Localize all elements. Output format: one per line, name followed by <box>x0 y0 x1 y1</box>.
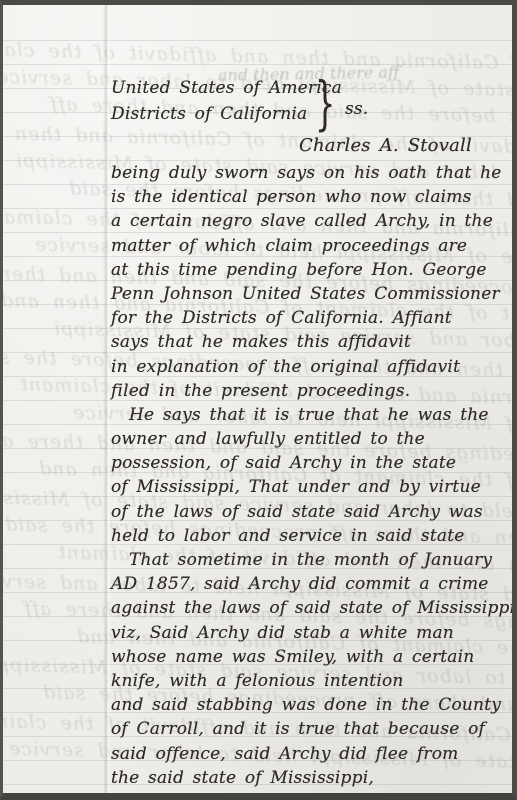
scanned-page: and then and there aff of California and… <box>0 0 517 800</box>
manuscript-line: viz, Said Archy did stab a white man <box>111 621 513 645</box>
manuscript-line: of Mississippi, That under and by virtue <box>111 475 513 499</box>
caption-brace: } <box>315 69 335 137</box>
manuscript-line: for the Districts of California. Affiant <box>111 306 513 330</box>
manuscript-line: and said stabbing was done in the County <box>111 693 513 717</box>
manuscript-line: in explanation of the original affidavit <box>111 355 513 379</box>
manuscript-line: of Carroll, and it is true that because … <box>111 717 513 741</box>
manuscript-line: the said state of Mississippi, <box>111 766 513 790</box>
manuscript-line: of the laws of said state said Archy was <box>111 500 513 524</box>
manuscript-line: says that he makes this affidavit <box>111 330 513 354</box>
jurat-abbreviation: ss. <box>345 99 368 119</box>
manuscript-line: filed in the present proceedings. <box>111 379 513 403</box>
manuscript-line: Penn Johnson United States Commissioner <box>111 282 513 306</box>
manuscript-text: United States of America Districts of Ca… <box>111 75 513 790</box>
case-caption: United States of America Districts of Ca… <box>111 75 513 133</box>
manuscript-line: AD 1857, said Archy did commit a crime <box>111 572 513 596</box>
affiant-name: Charles A. Stovall <box>111 133 513 159</box>
caption-line-2: Districts of California <box>111 101 513 127</box>
manuscript-line: That sometime in the month of January <box>111 548 513 572</box>
manuscript-line: a certain negro slave called Archy, in t… <box>111 209 513 233</box>
bleedthrough-fragment: of California and then and affidavit of … <box>3 37 512 74</box>
paper-background: and then and there aff of California and… <box>0 0 517 800</box>
manuscript-line: owner and lawfully entitled to the <box>111 427 513 451</box>
caption-line-1: United States of America <box>111 75 513 101</box>
manuscript-line: being duly sworn says on his oath that h… <box>111 161 513 185</box>
manuscript-line: against the laws of said state of Missis… <box>111 596 513 620</box>
affidavit-body: being duly sworn says on his oath that h… <box>111 161 513 790</box>
manuscript-line: is the identical person who now claims <box>111 185 513 209</box>
manuscript-line: possession, of said Archy in the state <box>111 451 513 475</box>
margin-fold-line <box>103 5 111 793</box>
manuscript-line: at this time pending before Hon. George <box>111 258 513 282</box>
manuscript-line: He says that it is true that he was the <box>111 403 513 427</box>
manuscript-line: matter of which claim proceedings are <box>111 234 513 258</box>
manuscript-line: whose name was Smiley, with a certain <box>111 645 513 669</box>
manuscript-line: knife, with a felonious intention <box>111 669 513 693</box>
manuscript-line: held to labor and service in said state <box>111 524 513 548</box>
manuscript-line: said offence, said Archy did flee from <box>111 742 513 766</box>
